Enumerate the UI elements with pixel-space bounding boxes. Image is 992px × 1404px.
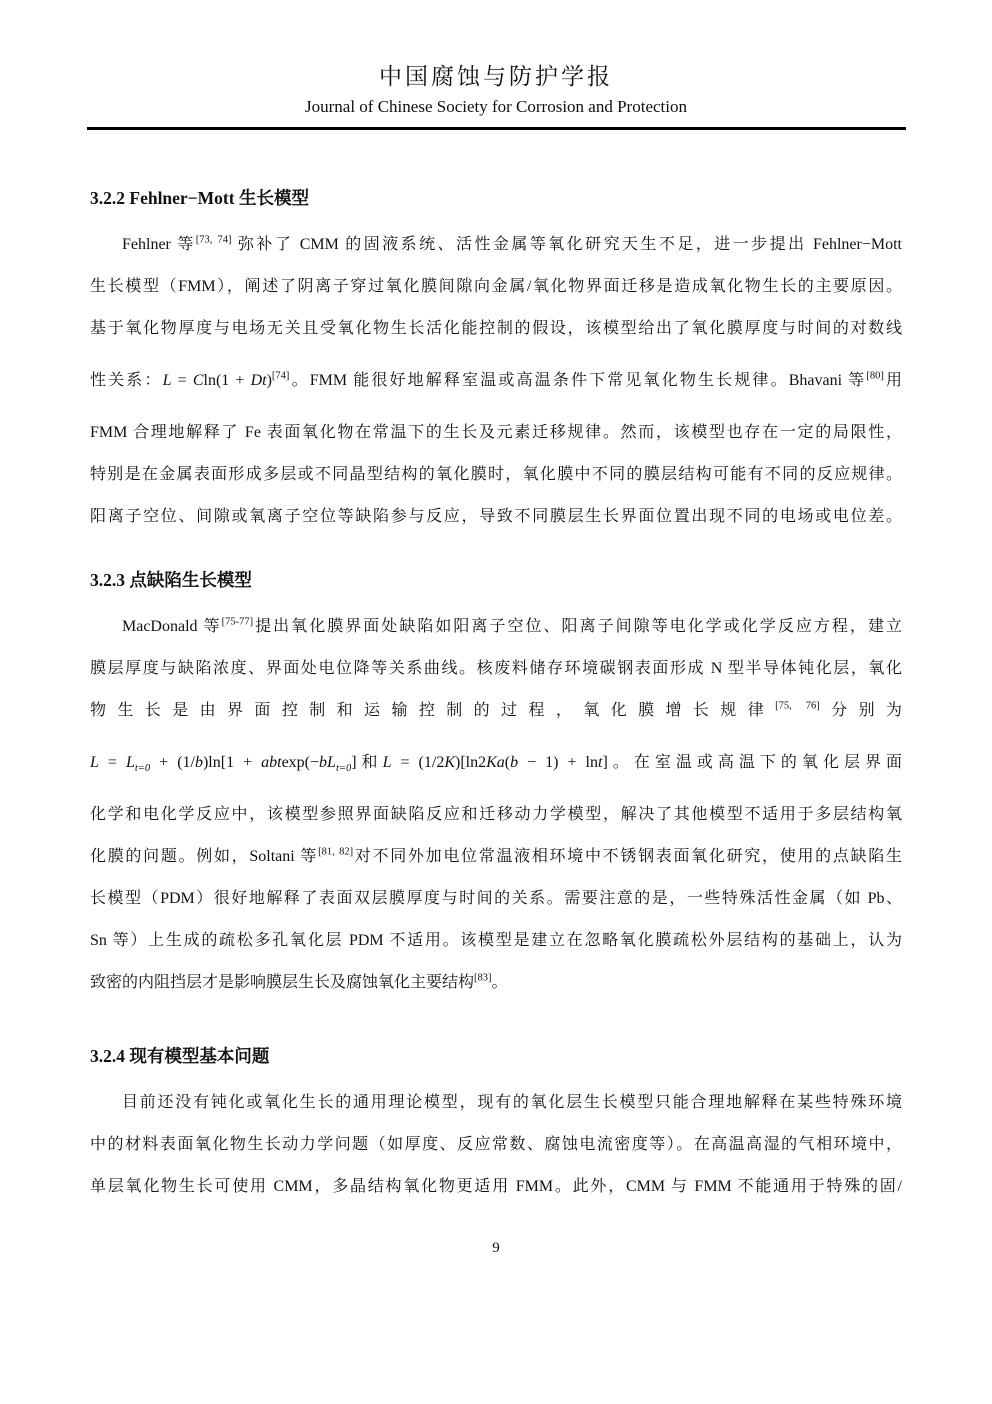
- body-text: 基于氧化物厚度与电场无关且受氧化物生长活化能控制的假设，该模型给出了氧化膜厚度与…: [90, 320, 902, 337]
- body-text: 生长模型（FMM），阐述了阴离子穿过氧化膜间隙向金属/氧化物界面迁移是造成氧化物…: [90, 278, 902, 295]
- body-text: )ln[1 +: [203, 754, 261, 771]
- text-line: 性关系：L = Cln(1 + Dt)[74]。FMM 能很好地解释室温或高温条…: [90, 350, 902, 412]
- formula-text: Ka: [486, 754, 505, 771]
- body-text: Sn 等）上生成的疏松多孔氧化层 PDM 不适用。该模型是建立在忽略氧化膜疏松外…: [90, 932, 902, 949]
- body-text: 用: [884, 372, 902, 389]
- formula-text: bL: [319, 754, 336, 771]
- body-text: 性关系：: [90, 372, 163, 389]
- paragraph-3-2-3: MacDonald 等[75-77]提出氧化膜界面处缺陷如阳离子空位、阳离子间隙…: [90, 606, 902, 1004]
- section-3-2-2: 3.2.2 Fehlner−Mott 生长模型 Fehlner 等[73, 74…: [90, 186, 902, 538]
- body-text: 。: [492, 974, 508, 991]
- formula-text: K: [444, 754, 455, 771]
- journal-title-en: Journal of Chinese Society for Corrosion…: [0, 97, 992, 117]
- body-text: 致密的内阻挡层才是影响膜层生长及腐蚀氧化主要结构: [90, 974, 474, 991]
- text-line: 致密的内阻挡层才是影响膜层生长及腐蚀氧化主要结构[83]。: [90, 962, 902, 1004]
- body-text: − 1) + ln: [518, 754, 598, 771]
- body-text: =: [99, 754, 126, 771]
- text-line: Sn 等）上生成的疏松多孔氧化层 PDM 不适用。该模型是建立在忽略氧化膜疏松外…: [90, 920, 902, 962]
- body-text: 。FMM 能很好地解释室温或高温条件下常见氧化物生长规律。Bhavani 等: [289, 372, 866, 389]
- body-text: 目前还没有钝化或氧化生长的通用理论模型，现有的氧化层生长模型只能合理地解释在某些…: [122, 1094, 902, 1111]
- reference-superscript: [83]: [474, 972, 492, 983]
- body-text: )[ln2: [455, 754, 486, 771]
- body-text: 分别为: [820, 702, 902, 719]
- page-content: 3.2.2 Fehlner−Mott 生长模型 Fehlner 等[73, 74…: [90, 186, 902, 1208]
- text-line: 中的材料表面氧化物生长动力学问题（如厚度、反应常数、腐蚀电流密度等）。在高温高湿…: [90, 1124, 902, 1166]
- reference-superscript: [75, 76]: [775, 700, 820, 711]
- paragraph-3-2-2: Fehlner 等[73, 74] 弥补了 CMM 的固液系统、活性金属等氧化研…: [90, 224, 902, 538]
- text-line: 化膜的问题。例如，Soltani 等[81, 82]对不同外加电位常温液相环境中…: [90, 836, 902, 878]
- paragraph-3-2-4: 目前还没有钝化或氧化生长的通用理论模型，现有的氧化层生长模型只能合理地解释在某些…: [90, 1082, 902, 1208]
- text-line: MacDonald 等[75-77]提出氧化膜界面处缺陷如阳离子空位、阳离子间隙…: [90, 606, 902, 648]
- body-text: exp(−: [282, 754, 319, 771]
- journal-header: 中国腐蚀与防护学报 Journal of Chinese Society for…: [0, 0, 992, 130]
- text-line: 基于氧化物厚度与电场无关且受氧化物生长活化能控制的假设，该模型给出了氧化膜厚度与…: [90, 308, 902, 350]
- text-line: Fehlner 等[73, 74] 弥补了 CMM 的固液系统、活性金属等氧化研…: [90, 224, 902, 266]
- text-line: 阳离子空位、间隙或氧离子空位等缺陷参与反应，导致不同膜层生长界面位置出现不同的电…: [90, 496, 902, 538]
- text-line: 特别是在金属表面形成多层或不同晶型结构的氧化膜时，氧化膜中不同的膜层结构可能有不…: [90, 454, 902, 496]
- text-line: 长模型（PDM）很好地解释了表面双层膜厚度与时间的关系。需要注意的是，一些特殊活…: [90, 878, 902, 920]
- body-text: 提出氧化膜界面处缺陷如阳离子空位、阳离子间隙等电化学或化学反应方程，建立: [253, 618, 902, 635]
- body-text: MacDonald 等: [122, 618, 222, 635]
- body-text: + (1/: [150, 754, 195, 771]
- page-number: 9: [492, 1240, 500, 1256]
- body-text: 化学和电化学反应中，该模型参照界面缺陷反应和迁移动力学模型，解决了其他模型不适用…: [90, 806, 902, 823]
- reference-superscript: [73, 74]: [196, 234, 232, 245]
- reference-superscript: [81, 82]: [318, 846, 353, 857]
- text-line: 化学和电化学反应中，该模型参照界面缺陷反应和迁移动力学模型，解决了其他模型不适用…: [90, 794, 902, 836]
- section-heading-3-2-3: 3.2.3 点缺陷生长模型: [90, 568, 902, 592]
- section-heading-3-2-4: 3.2.4 现有模型基本问题: [90, 1044, 902, 1068]
- formula-text: C: [193, 372, 204, 389]
- body-text: 化膜的问题。例如，Soltani 等: [90, 848, 318, 865]
- body-text: 膜层厚度与缺陷浓度、界面处电位降等关系曲线。核废料储存环境碳钢表面形成 N 型半…: [90, 660, 902, 677]
- reference-superscript: [80]: [866, 370, 884, 381]
- text-line: 物生长是由界面控制和运输控制的过程，氧化膜增长规律[75, 76]分别为: [90, 690, 902, 732]
- section-3-2-4: 3.2.4 现有模型基本问题 目前还没有钝化或氧化生长的通用理论模型，现有的氧化…: [90, 1044, 902, 1208]
- text-line: 生长模型（FMM），阐述了阴离子穿过氧化膜间隙向金属/氧化物界面迁移是造成氧化物…: [90, 266, 902, 308]
- formula-subscript: t=0: [336, 763, 351, 774]
- formula-text: L: [126, 754, 135, 771]
- body-text: 特别是在金属表面形成多层或不同晶型结构的氧化膜时，氧化膜中不同的膜层结构可能有不…: [90, 466, 902, 483]
- journal-title-zh: 中国腐蚀与防护学报: [0, 58, 992, 91]
- formula-text: b: [510, 754, 518, 771]
- page-footer: 9: [0, 1240, 992, 1257]
- body-text: 阳离子空位、间隙或氧离子空位等缺陷参与反应，导致不同膜层生长界面位置出现不同的电…: [90, 508, 902, 525]
- body-text: 中的材料表面氧化物生长动力学问题（如厚度、反应常数、腐蚀电流密度等）。在高温高湿…: [90, 1136, 902, 1153]
- formula-text: L: [90, 754, 99, 771]
- reference-superscript: [74]: [272, 370, 290, 381]
- body-text: = (1/2: [391, 754, 444, 771]
- body-text: 单层氧化物生长可使用 CMM，多晶结构氧化物更适用 FMM。此外，CMM 与 F…: [90, 1178, 902, 1195]
- body-text: 对不同外加电位常温液相环境中不锈钢表面氧化研究，使用的点缺陷生: [353, 848, 902, 865]
- body-text: =: [172, 372, 193, 389]
- body-text: ]和: [351, 754, 382, 771]
- section-3-2-3: 3.2.3 点缺陷生长模型 MacDonald 等[75-77]提出氧化膜界面处…: [90, 568, 902, 1004]
- formula-text: b: [195, 754, 203, 771]
- body-text: 长模型（PDM）很好地解释了表面双层膜厚度与时间的关系。需要注意的是，一些特殊活…: [90, 890, 902, 907]
- text-line: L = Lt=0 + (1/b)ln[1 + abtexp(−bLt=0]和L …: [90, 732, 902, 794]
- body-text: ln(1 +: [204, 372, 251, 389]
- section-heading-3-2-2: 3.2.2 Fehlner−Mott 生长模型: [90, 186, 902, 210]
- text-line: 目前还没有钝化或氧化生长的通用理论模型，现有的氧化层生长模型只能合理地解释在某些…: [90, 1082, 902, 1124]
- body-text: ]。在室温或高温下的氧化层界面: [602, 754, 902, 771]
- text-line: 膜层厚度与缺陷浓度、界面处电位降等关系曲线。核废料储存环境碳钢表面形成 N 型半…: [90, 648, 902, 690]
- formula-subscript: t=0: [135, 763, 150, 774]
- text-line: FMM 合理地解释了 Fe 表面氧化物在常温下的生长及元素迁移规律。然而，该模型…: [90, 412, 902, 454]
- formula-text: Dt: [251, 372, 267, 389]
- body-text: Fehlner 等: [122, 236, 196, 253]
- header-rule: [87, 127, 906, 130]
- reference-superscript: [75-77]: [222, 616, 254, 627]
- text-line: 单层氧化物生长可使用 CMM，多晶结构氧化物更适用 FMM。此外，CMM 与 F…: [90, 1166, 902, 1208]
- body-text: FMM 合理地解释了 Fe 表面氧化物在常温下的生长及元素迁移规律。然而，该模型…: [90, 424, 902, 441]
- body-text: 弥补了 CMM 的固液系统、活性金属等氧化研究天生不足，进一步提出 Fehlne…: [231, 236, 902, 253]
- document-page: 中国腐蚀与防护学报 Journal of Chinese Society for…: [0, 0, 992, 1404]
- formula-text: abt: [261, 754, 281, 771]
- formula-text: L: [163, 372, 172, 389]
- body-text: 物生长是由界面控制和运输控制的过程，氧化膜增长规律: [90, 702, 775, 719]
